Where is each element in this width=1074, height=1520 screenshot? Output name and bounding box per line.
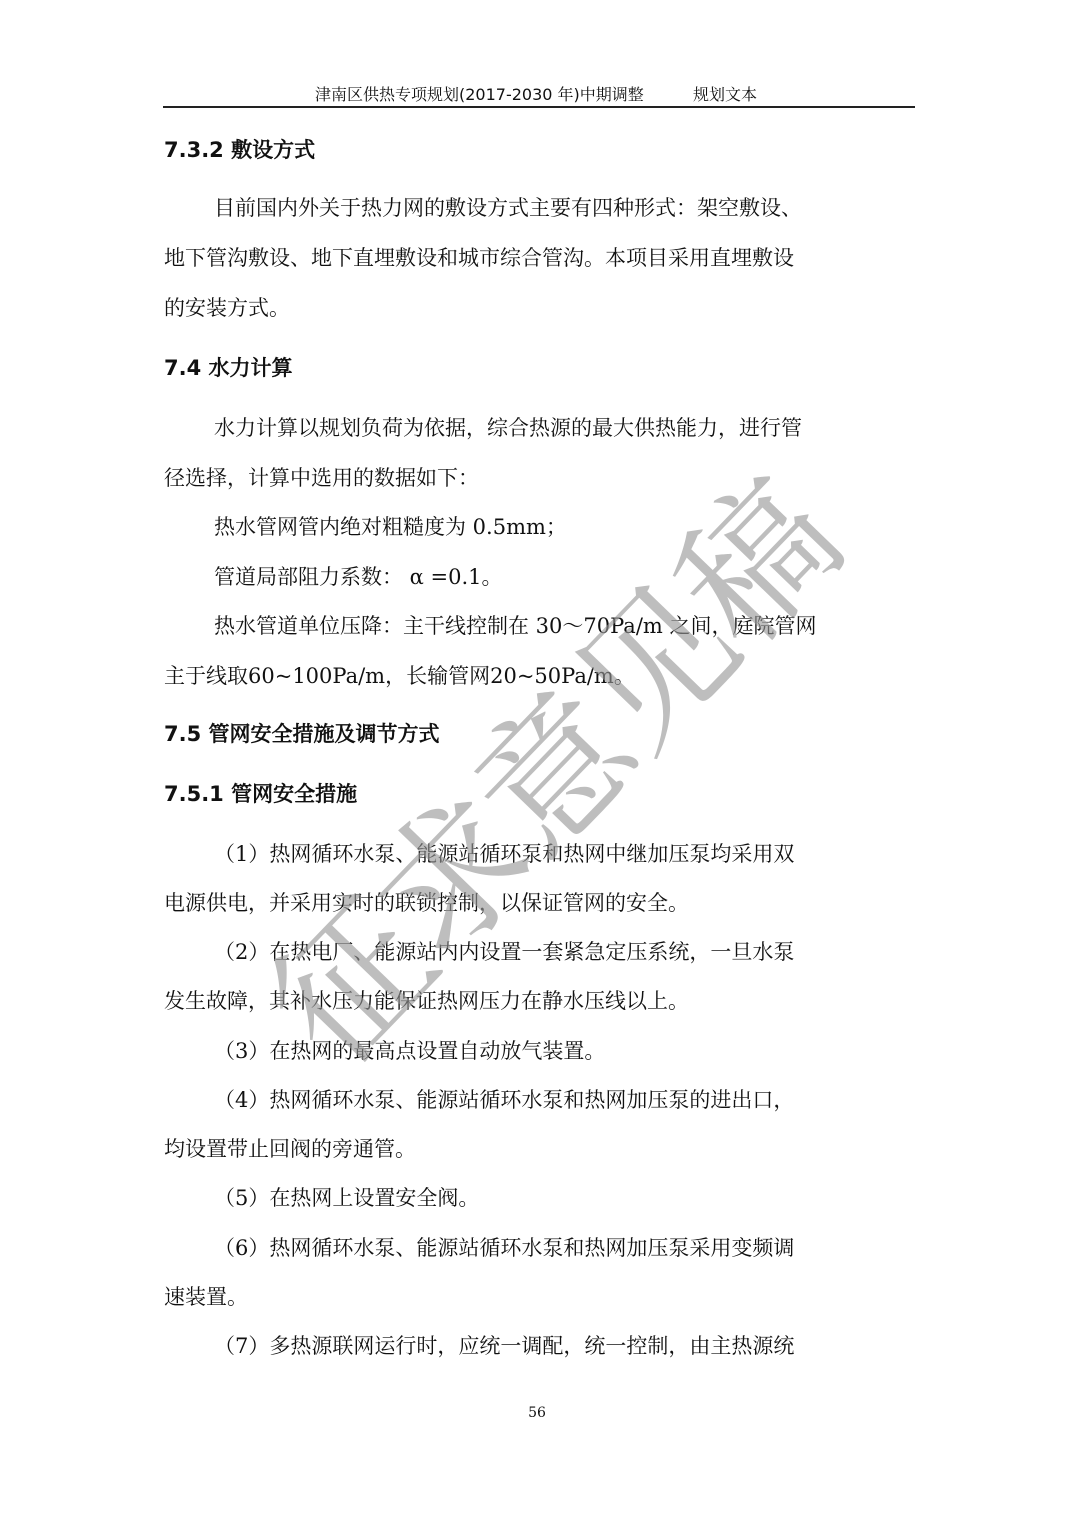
list-item: （6）热网循环水泵、能源站循环水泵和热网加压泵采用变频调 [164, 1232, 964, 1262]
paragraph-line: 主于线取60~100Pa/m，长输管网20~50Pa/m。 [164, 660, 914, 690]
header-title: 津南区供热专项规划(2017-2030 年)中期调整 [315, 82, 644, 105]
paragraph-line: 管道局部阻力系数： α =0.1。 [164, 561, 964, 591]
page-header: 津南区供热专项规划(2017-2030 年)中期调整 规划文本 [163, 80, 915, 108]
paragraph-line: 地下管沟敷设、地下直埋敷设和城市综合管沟。本项目采用直埋敷设 [164, 242, 914, 272]
list-item-cont: 速装置。 [164, 1281, 914, 1311]
list-item: （4）热网循环水泵、能源站循环水泵和热网加压泵的进出口， [164, 1084, 964, 1114]
list-item: （5）在热网上设置安全阀。 [164, 1182, 964, 1212]
list-item: （2）在热电厂、能源站内内设置一套紧急定压系统，一旦水泵 [164, 936, 964, 966]
list-item-cont: 均设置带止回阀的旁通管。 [164, 1133, 914, 1163]
paragraph-line: 目前国内外关于热力网的敷设方式主要有四种形式：架空敷设、 [164, 192, 964, 222]
list-item: （7）多热源联网运行时，应统一调配，统一控制，由主热源统 [164, 1330, 964, 1360]
list-item: （1）热网循环水泵、能源站循环泵和热网中继加压泵均采用双 [164, 838, 964, 868]
header-subtitle: 规划文本 [693, 82, 757, 105]
list-item: （3）在热网的最高点设置自动放气装置。 [164, 1035, 964, 1065]
paragraph-line: 热水管网管内绝对粗糙度为 0.5mm； [164, 511, 964, 541]
paragraph-line: 径选择，计算中选用的数据如下： [164, 462, 914, 492]
page-number: 56 [0, 1405, 1074, 1421]
heading-7-5-1: 7.5.1 管网安全措施 [164, 778, 357, 808]
heading-7-3-2: 7.3.2 敷设方式 [164, 134, 315, 164]
heading-7-5: 7.5 管网安全措施及调节方式 [164, 718, 440, 748]
paragraph-line: 水力计算以规划负荷为依据，综合热源的最大供热能力，进行管 [164, 412, 964, 442]
list-item-cont: 电源供电，并采用实时的联锁控制，以保证管网的安全。 [164, 887, 914, 917]
list-item-cont: 发生故障，其补水压力能保证热网压力在静水压线以上。 [164, 985, 914, 1015]
paragraph-line: 的安装方式。 [164, 292, 914, 322]
heading-7-4: 7.4 水力计算 [164, 352, 293, 382]
paragraph-line: 热水管道单位压降：主干线控制在 30～70Pa/m 之间，庭院管网 [164, 610, 964, 640]
